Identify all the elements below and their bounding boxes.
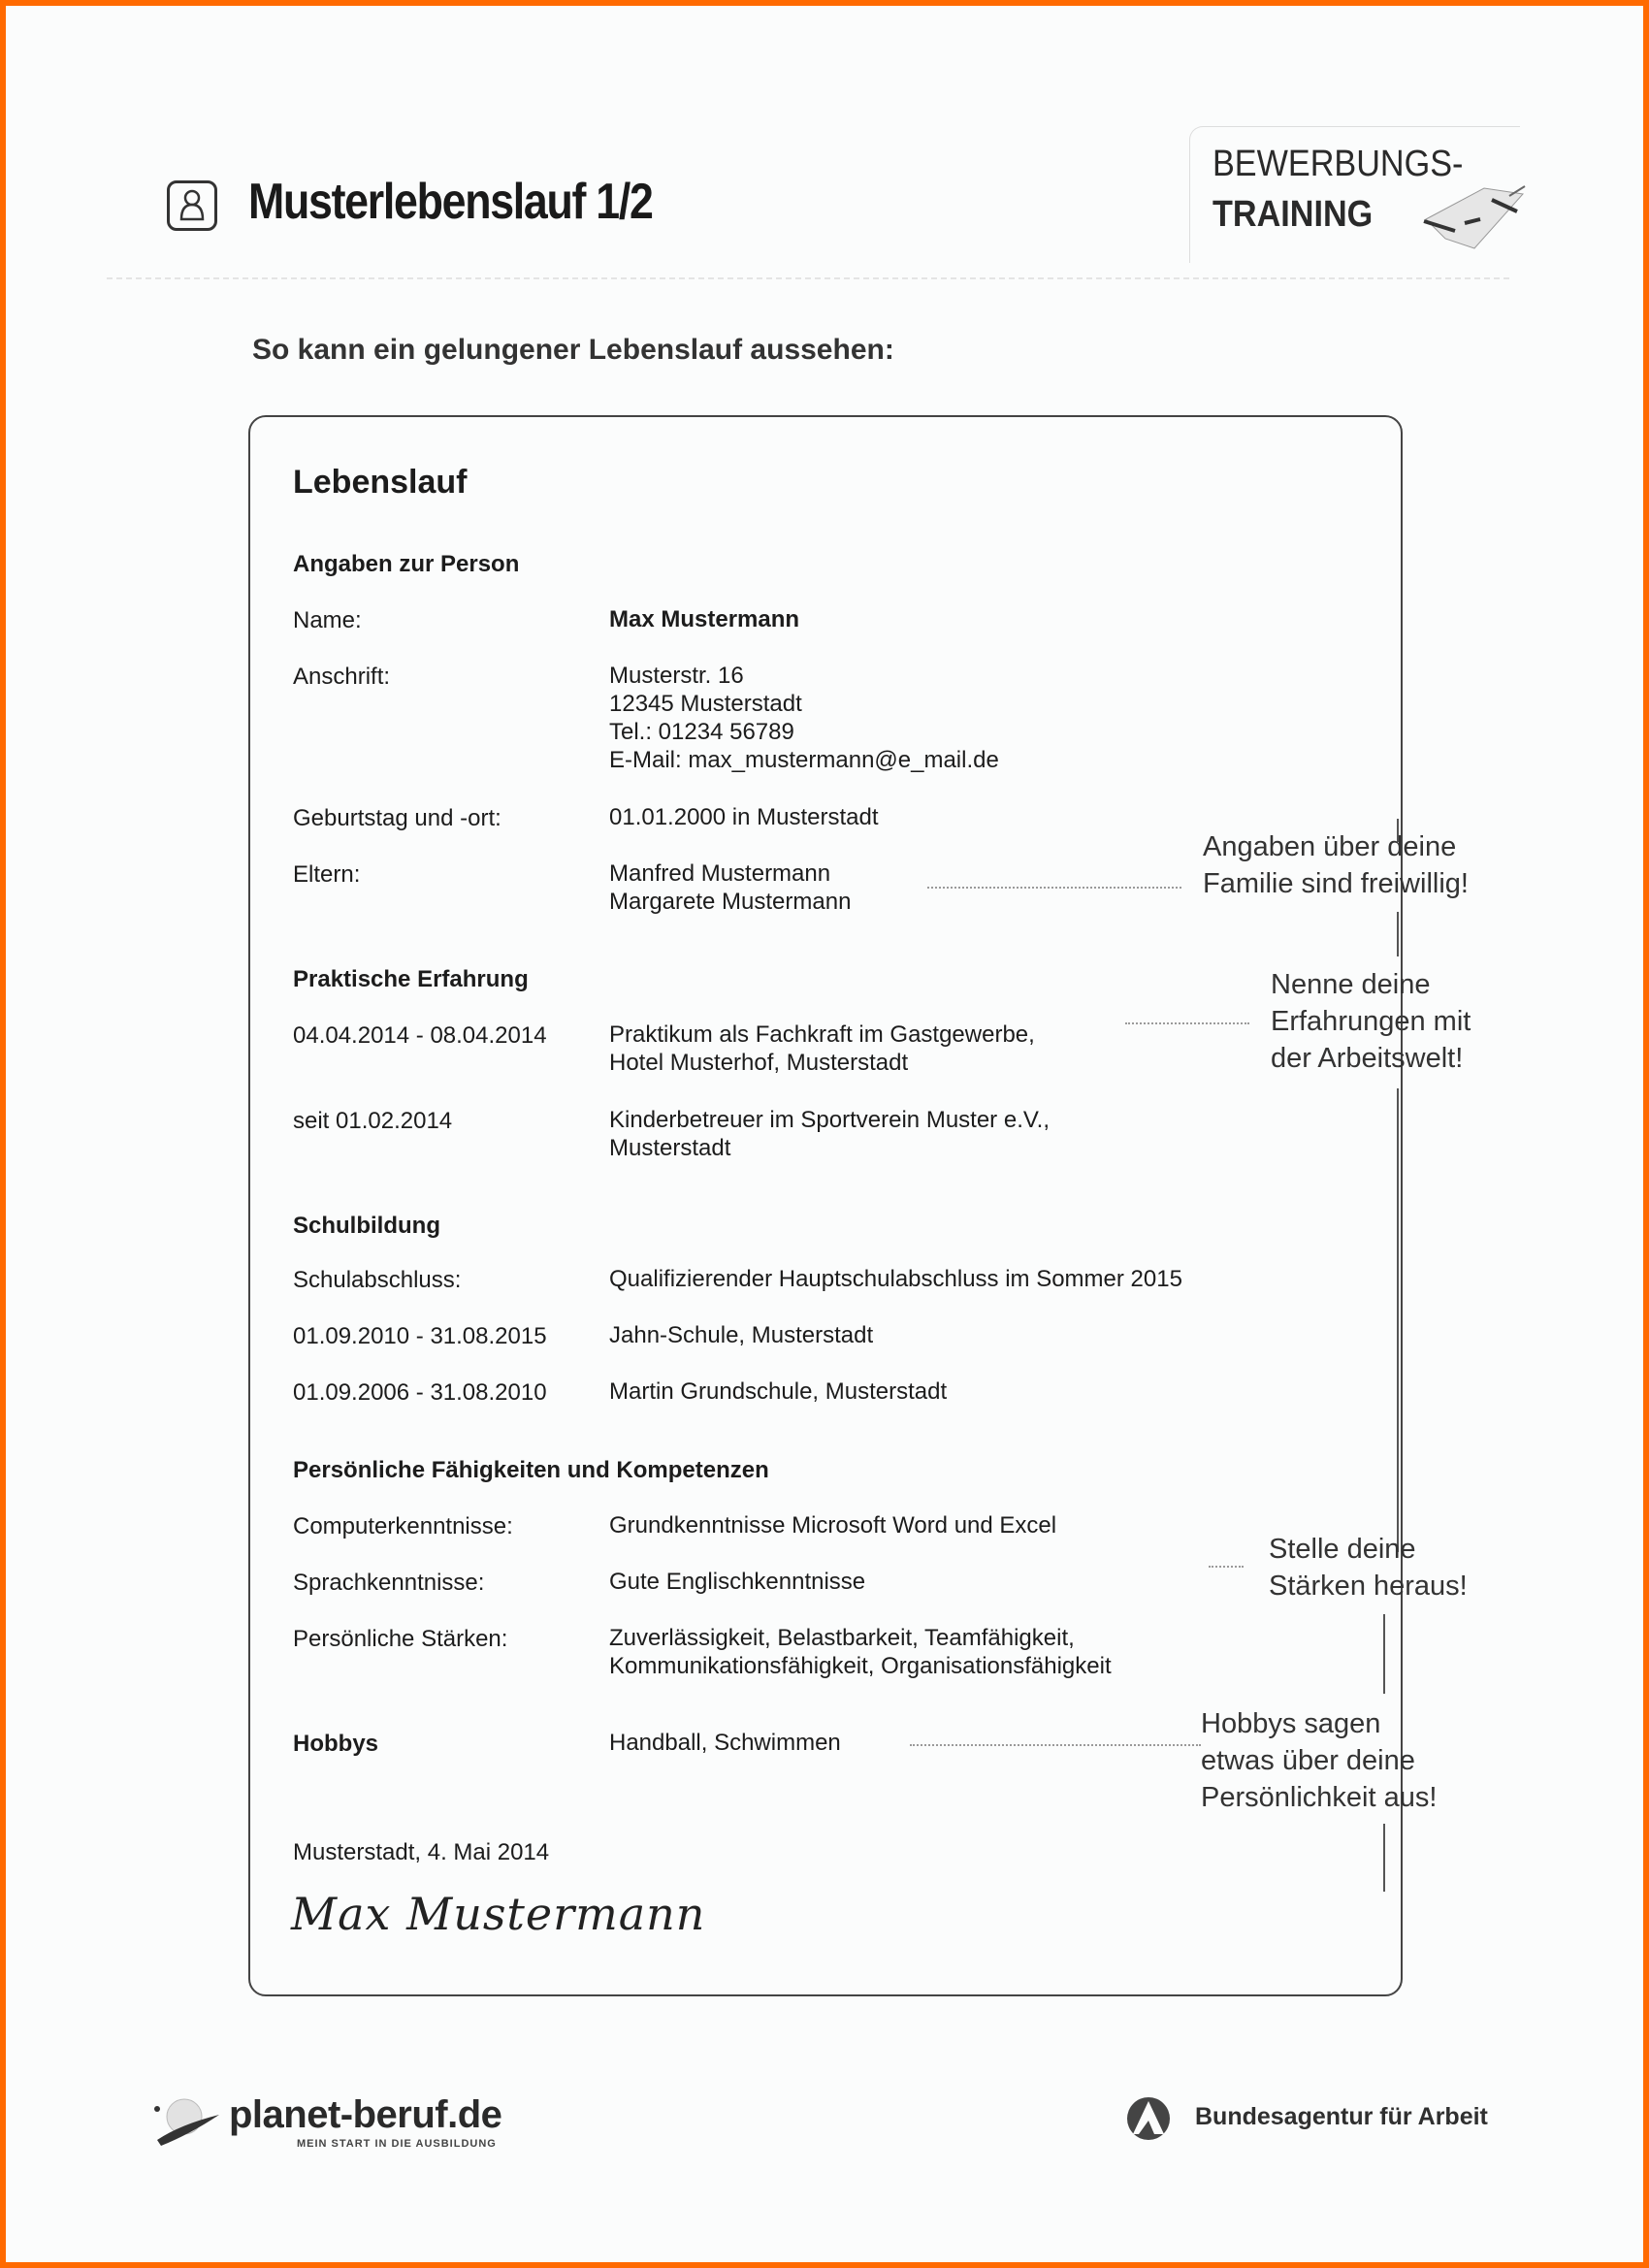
value-skill-1: Grundkenntnisse Microsoft Word und Excel xyxy=(609,1511,1056,1539)
value-email: E-Mail: max_mustermann@e_mail.de xyxy=(609,746,999,774)
value-exp-2b: Musterstadt xyxy=(609,1134,730,1162)
planet-beruf-tagline: MEIN START IN DIE AUSBILDUNG xyxy=(297,2138,497,2150)
value-skill-3b: Kommunikationsfähigkeit, Organisationsfä… xyxy=(609,1652,1112,1680)
section-personal-heading: Angaben zur Person xyxy=(293,551,519,578)
note-line: Stärken heraus! xyxy=(1269,1568,1468,1604)
value-phone: Tel.: 01234 56789 xyxy=(609,718,794,746)
value-father: Manfred Mustermann xyxy=(609,859,830,888)
note-hobbies: Hobbys sagen etwas über deine Persönlich… xyxy=(1201,1705,1437,1816)
label-address: Anschrift: xyxy=(293,664,390,691)
note-line: etwas über deine xyxy=(1201,1742,1437,1779)
label-birth: Geburtstag und -ort: xyxy=(293,805,501,832)
value-city: 12345 Musterstadt xyxy=(609,690,802,718)
planet-beruf-logo: planet-beruf.de xyxy=(229,2093,501,2137)
note-family: Angaben über deine Familie sind freiwill… xyxy=(1203,828,1469,902)
note-line: Hobbys sagen xyxy=(1201,1705,1437,1742)
note-line: der Arbeitswelt! xyxy=(1271,1040,1471,1077)
place-date: Musterstadt, 4. Mai 2014 xyxy=(293,1839,549,1866)
value-birth: 01.01.2000 in Musterstadt xyxy=(609,803,879,831)
bundesagentur-logo: Bundesagentur für Arbeit xyxy=(1195,2103,1488,2131)
label-edu-3: 01.09.2006 - 31.08.2010 xyxy=(293,1379,547,1407)
label-exp-1: 04.04.2014 - 08.04.2014 xyxy=(293,1022,547,1050)
connector-experience xyxy=(1125,1022,1249,1024)
value-exp-1b: Hotel Musterhof, Musterstadt xyxy=(609,1049,908,1077)
bundesagentur-icon xyxy=(1125,2095,1172,2142)
note-experience: Nenne deine Erfahrungen mit der Arbeitsw… xyxy=(1271,966,1471,1077)
cv-title: Lebenslauf xyxy=(293,464,467,502)
note-skills: Stelle deine Stärken heraus! xyxy=(1269,1531,1468,1604)
note-line: Erfahrungen mit xyxy=(1271,1003,1471,1040)
connector-vertical xyxy=(1397,1088,1399,1552)
signature: Max Mustermann xyxy=(291,1888,705,1940)
value-edu-2: Jahn-Schule, Musterstadt xyxy=(609,1321,873,1349)
label-skill-2: Sprachkenntnisse: xyxy=(293,1570,484,1597)
note-line: Stelle deine xyxy=(1269,1531,1468,1568)
connector-vertical xyxy=(1397,912,1399,956)
note-line: Angaben über deine xyxy=(1203,828,1469,865)
page-title: Musterlebenslauf 1/2 xyxy=(248,173,653,231)
value-name: Max Mustermann xyxy=(609,605,799,633)
label-exp-2: seit 01.02.2014 xyxy=(293,1108,452,1135)
value-skill-3a: Zuverlässigkeit, Belastbarkeit, Teamfähi… xyxy=(609,1624,1075,1652)
connector-vertical xyxy=(1383,1824,1385,1892)
label-name: Name: xyxy=(293,607,362,634)
brand-line-1: BEWERBUNGS- xyxy=(1212,144,1463,185)
connector-family xyxy=(927,887,1181,889)
brand-line-2: TRAINING xyxy=(1212,194,1373,236)
connector-hobbies xyxy=(910,1744,1201,1746)
note-line: Persönlichkeit aus! xyxy=(1201,1779,1437,1816)
section-skills-heading: Persönliche Fähigkeiten und Kompetenzen xyxy=(293,1457,769,1484)
intro-text: So kann ein gelungener Lebenslauf ausseh… xyxy=(252,334,894,367)
person-icon xyxy=(167,180,217,231)
section-hobbies-heading: Hobbys xyxy=(293,1731,378,1758)
pencil-paper-icon xyxy=(1416,180,1533,258)
section-experience-heading: Praktische Erfahrung xyxy=(293,966,529,993)
label-skill-3: Persönliche Stärken: xyxy=(293,1626,507,1653)
connector-skills xyxy=(1209,1566,1244,1568)
value-edu-3: Martin Grundschule, Musterstadt xyxy=(609,1377,947,1406)
label-edu-2: 01.09.2010 - 31.08.2015 xyxy=(293,1323,547,1350)
section-education-heading: Schulbildung xyxy=(293,1213,440,1240)
value-exp-2a: Kinderbetreuer im Sportverein Muster e.V… xyxy=(609,1106,1050,1134)
header-divider xyxy=(107,277,1513,279)
planet-icon xyxy=(151,2095,225,2154)
value-exp-1a: Praktikum als Fachkraft im Gastgewerbe, xyxy=(609,1021,1035,1049)
label-parents: Eltern: xyxy=(293,861,360,889)
note-line: Familie sind freiwillig! xyxy=(1203,865,1469,902)
value-edu-1: Qualifizierender Hauptschulabschluss im … xyxy=(609,1265,1182,1293)
label-skill-1: Computerkenntnisse: xyxy=(293,1513,513,1540)
connector-vertical xyxy=(1383,1614,1385,1694)
value-skill-2: Gute Englischkenntnisse xyxy=(609,1568,865,1596)
value-hobbies: Handball, Schwimmen xyxy=(609,1729,841,1757)
label-edu-1: Schulabschluss: xyxy=(293,1267,461,1294)
value-street: Musterstr. 16 xyxy=(609,662,744,690)
note-line: Nenne deine xyxy=(1271,966,1471,1003)
value-mother: Margarete Mustermann xyxy=(609,888,851,916)
